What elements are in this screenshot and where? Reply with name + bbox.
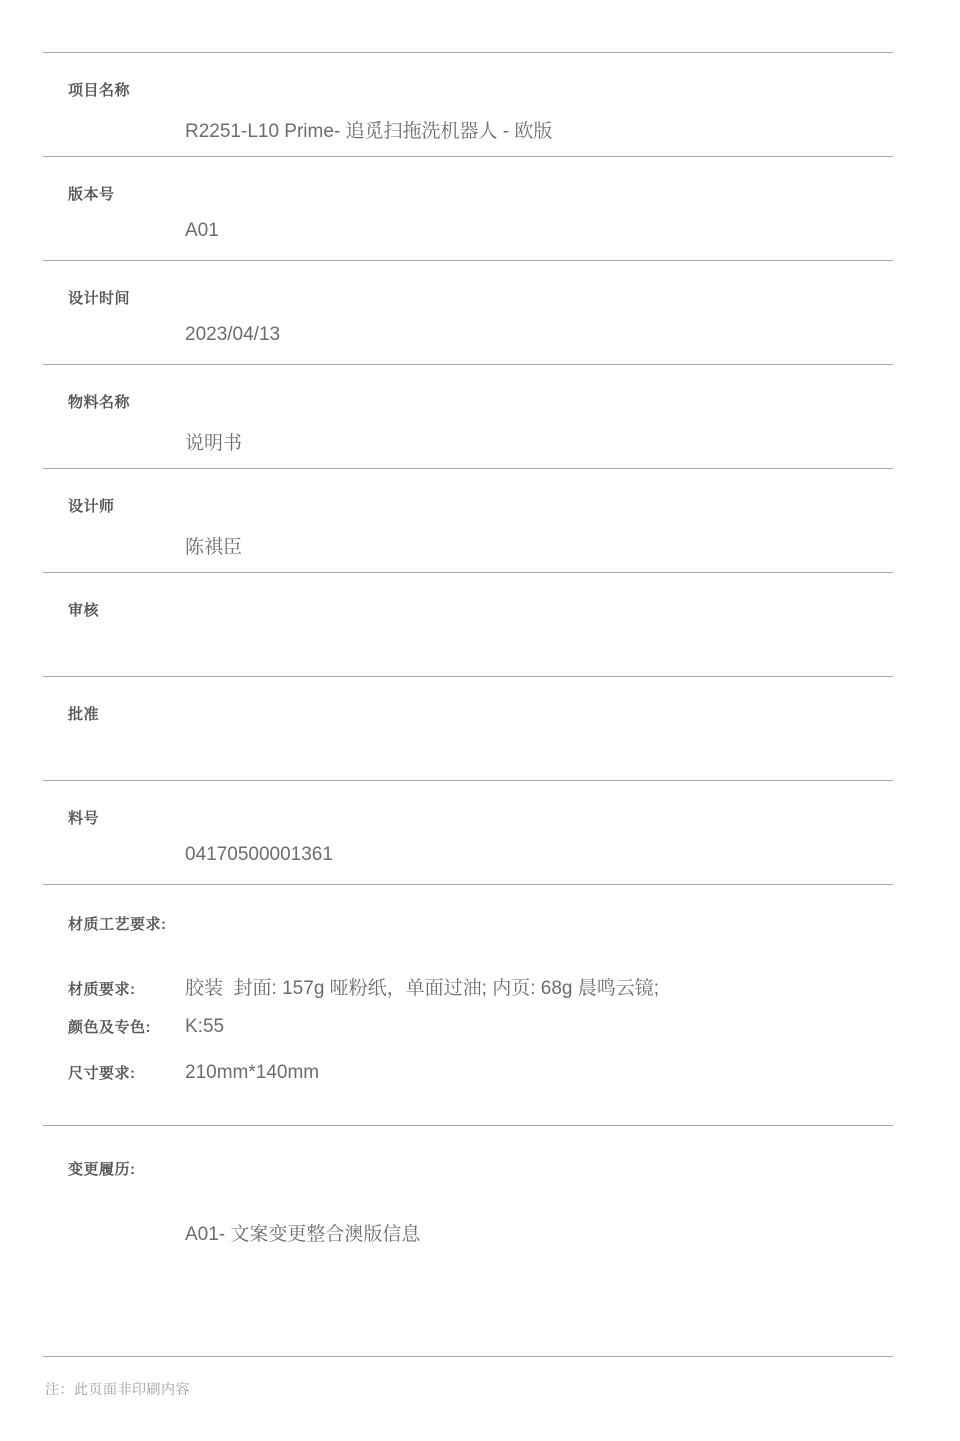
row-label: 设计师 <box>68 495 115 516</box>
row-label: 项目名称 <box>68 79 130 100</box>
material-process-requirements-section: 材质工艺要求: 材质要求: 胶装 封面: 157g 哑粉纸，单面过油; 内页: … <box>43 884 893 1125</box>
spec-value: K:55 <box>185 1016 224 1038</box>
spec-row-size: 尺寸要求: 210mm*140mm <box>68 1062 893 1084</box>
section-title: 变更履历: <box>68 1158 136 1179</box>
info-row-material-name: 物料名称 说明书 <box>43 364 893 468</box>
change-history-section: 变更履历: A01- 文案变更整合澳版信息 <box>43 1125 893 1357</box>
spec-label: 材质要求: <box>68 978 185 999</box>
row-value: A01 <box>185 220 219 242</box>
row-value: 陈祺臣 <box>185 532 242 559</box>
spec-row-color: 颜色及专色: K:55 <box>68 1016 893 1038</box>
row-label: 版本号 <box>68 183 115 204</box>
row-label: 审核 <box>68 599 99 620</box>
spec-value: 210mm*140mm <box>185 1062 319 1084</box>
row-label: 物料名称 <box>68 391 130 412</box>
info-row-reviewer: 审核 <box>43 572 893 676</box>
row-label: 料号 <box>68 807 99 828</box>
spec-value: 胶装 封面: 157g 哑粉纸，单面过油; 内页: 68g 晨鸣云镜; <box>185 973 659 1000</box>
row-value: R2251-L10 Prime- 追觅扫拖洗机器人 - 欧版 <box>185 116 552 143</box>
row-label: 批准 <box>68 703 99 724</box>
print-spec-sheet: 项目名称 R2251-L10 Prime- 追觅扫拖洗机器人 - 欧版 版本号 … <box>0 0 960 1441</box>
footer-note: 注：此页面非印刷内容 <box>45 1357 893 1399</box>
info-row-designer: 设计师 陈祺臣 <box>43 468 893 572</box>
info-row-version: 版本号 A01 <box>43 156 893 260</box>
spec-table: 项目名称 R2251-L10 Prime- 追觅扫拖洗机器人 - 欧版 版本号 … <box>43 52 893 1399</box>
row-value: 04170500001361 <box>185 844 333 866</box>
change-history-entry: A01- 文案变更整合澳版信息 <box>185 1219 420 1246</box>
spec-label: 颜色及专色: <box>68 1016 185 1037</box>
spec-row-material: 材质要求: 胶装 封面: 157g 哑粉纸，单面过油; 内页: 68g 晨鸣云镜… <box>68 973 893 1000</box>
info-row-part-number: 料号 04170500001361 <box>43 780 893 884</box>
section-title: 材质工艺要求: <box>68 913 167 934</box>
row-value: 说明书 <box>185 428 242 455</box>
info-row-design-date: 设计时间 2023/04/13 <box>43 260 893 364</box>
row-value: 2023/04/13 <box>185 324 280 346</box>
info-row-project-name: 项目名称 R2251-L10 Prime- 追觅扫拖洗机器人 - 欧版 <box>43 52 893 156</box>
info-row-approver: 批准 <box>43 676 893 780</box>
spec-label: 尺寸要求: <box>68 1062 185 1083</box>
row-label: 设计时间 <box>68 287 130 308</box>
